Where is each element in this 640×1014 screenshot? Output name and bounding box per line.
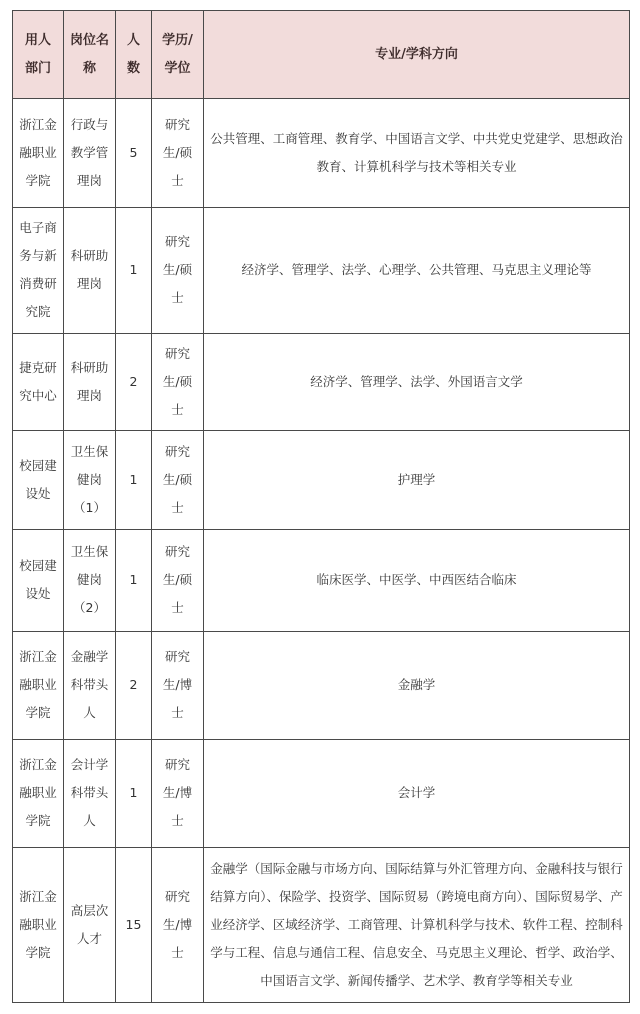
position-cell: 会计学科带头人 (64, 739, 116, 847)
count-cell: 2 (116, 333, 152, 430)
dept-cell: 捷克研究中心 (13, 333, 64, 430)
count-cell: 1 (116, 430, 152, 529)
table-row: 电子商务与新消费研究院 科研助理岗 1 研究生/硕士 经济学、管理学、法学、心理… (13, 208, 630, 334)
count-cell: 1 (116, 529, 152, 631)
count-cell: 2 (116, 631, 152, 739)
degree-cell: 研究生/硕士 (152, 208, 204, 334)
degree-cell: 研究生/博士 (152, 847, 204, 1002)
count-cell: 5 (116, 99, 152, 208)
position-cell: 卫生保健岗（2） (64, 529, 116, 631)
major-cell: 护理学 (204, 430, 630, 529)
major-cell: 会计学 (204, 739, 630, 847)
dept-cell: 浙江金融职业学院 (13, 99, 64, 208)
degree-cell: 研究生/博士 (152, 739, 204, 847)
position-cell: 科研助理岗 (64, 208, 116, 334)
degree-cell: 研究生/硕士 (152, 529, 204, 631)
dept-cell: 校园建设处 (13, 529, 64, 631)
major-cell: 金融学 (204, 631, 630, 739)
count-cell: 15 (116, 847, 152, 1002)
dept-cell: 电子商务与新消费研究院 (13, 208, 64, 334)
degree-cell: 研究生/硕士 (152, 99, 204, 208)
degree-cell: 研究生/硕士 (152, 430, 204, 529)
count-cell: 1 (116, 208, 152, 334)
degree-cell: 研究生/硕士 (152, 333, 204, 430)
header-position: 岗位名称 (64, 11, 116, 99)
header-dept: 用人部门 (13, 11, 64, 99)
table-row: 浙江金融职业学院 高层次人才 15 研究生/博士 金融学（国际金融与市场方向、国… (13, 847, 630, 1002)
position-cell: 科研助理岗 (64, 333, 116, 430)
recruitment-table-page: 用人部门 岗位名称 人数 学历/学位 专业/学科方向 浙江金融职业学院 行政与教… (0, 0, 640, 1003)
position-cell: 高层次人才 (64, 847, 116, 1002)
header-degree: 学历/学位 (152, 11, 204, 99)
header-row: 用人部门 岗位名称 人数 学历/学位 专业/学科方向 (13, 11, 630, 99)
table-row: 校园建设处 卫生保健岗（2） 1 研究生/硕士 临床医学、中医学、中西医结合临床 (13, 529, 630, 631)
major-cell: 经济学、管理学、法学、外国语言文学 (204, 333, 630, 430)
position-cell: 卫生保健岗（1） (64, 430, 116, 529)
table-row: 捷克研究中心 科研助理岗 2 研究生/硕士 经济学、管理学、法学、外国语言文学 (13, 333, 630, 430)
major-cell: 经济学、管理学、法学、心理学、公共管理、马克思主义理论等 (204, 208, 630, 334)
header-major: 专业/学科方向 (204, 11, 630, 99)
table-row: 浙江金融职业学院 行政与教学管理岗 5 研究生/硕士 公共管理、工商管理、教育学… (13, 99, 630, 208)
header-count: 人数 (116, 11, 152, 99)
position-cell: 金融学科带头人 (64, 631, 116, 739)
dept-cell: 浙江金融职业学院 (13, 739, 64, 847)
degree-cell: 研究生/博士 (152, 631, 204, 739)
major-cell: 临床医学、中医学、中西医结合临床 (204, 529, 630, 631)
dept-cell: 浙江金融职业学院 (13, 631, 64, 739)
major-cell: 金融学（国际金融与市场方向、国际结算与外汇管理方向、金融科技与银行结算方向）、保… (204, 847, 630, 1002)
dept-cell: 浙江金融职业学院 (13, 847, 64, 1002)
table-row: 浙江金融职业学院 会计学科带头人 1 研究生/博士 会计学 (13, 739, 630, 847)
table-row: 浙江金融职业学院 金融学科带头人 2 研究生/博士 金融学 (13, 631, 630, 739)
recruitment-positions-table: 用人部门 岗位名称 人数 学历/学位 专业/学科方向 浙江金融职业学院 行政与教… (12, 10, 630, 1003)
dept-cell: 校园建设处 (13, 430, 64, 529)
major-cell: 公共管理、工商管理、教育学、中国语言文学、中共党史党建学、思想政治教育、计算机科… (204, 99, 630, 208)
position-cell: 行政与教学管理岗 (64, 99, 116, 208)
table-row: 校园建设处 卫生保健岗（1） 1 研究生/硕士 护理学 (13, 430, 630, 529)
count-cell: 1 (116, 739, 152, 847)
